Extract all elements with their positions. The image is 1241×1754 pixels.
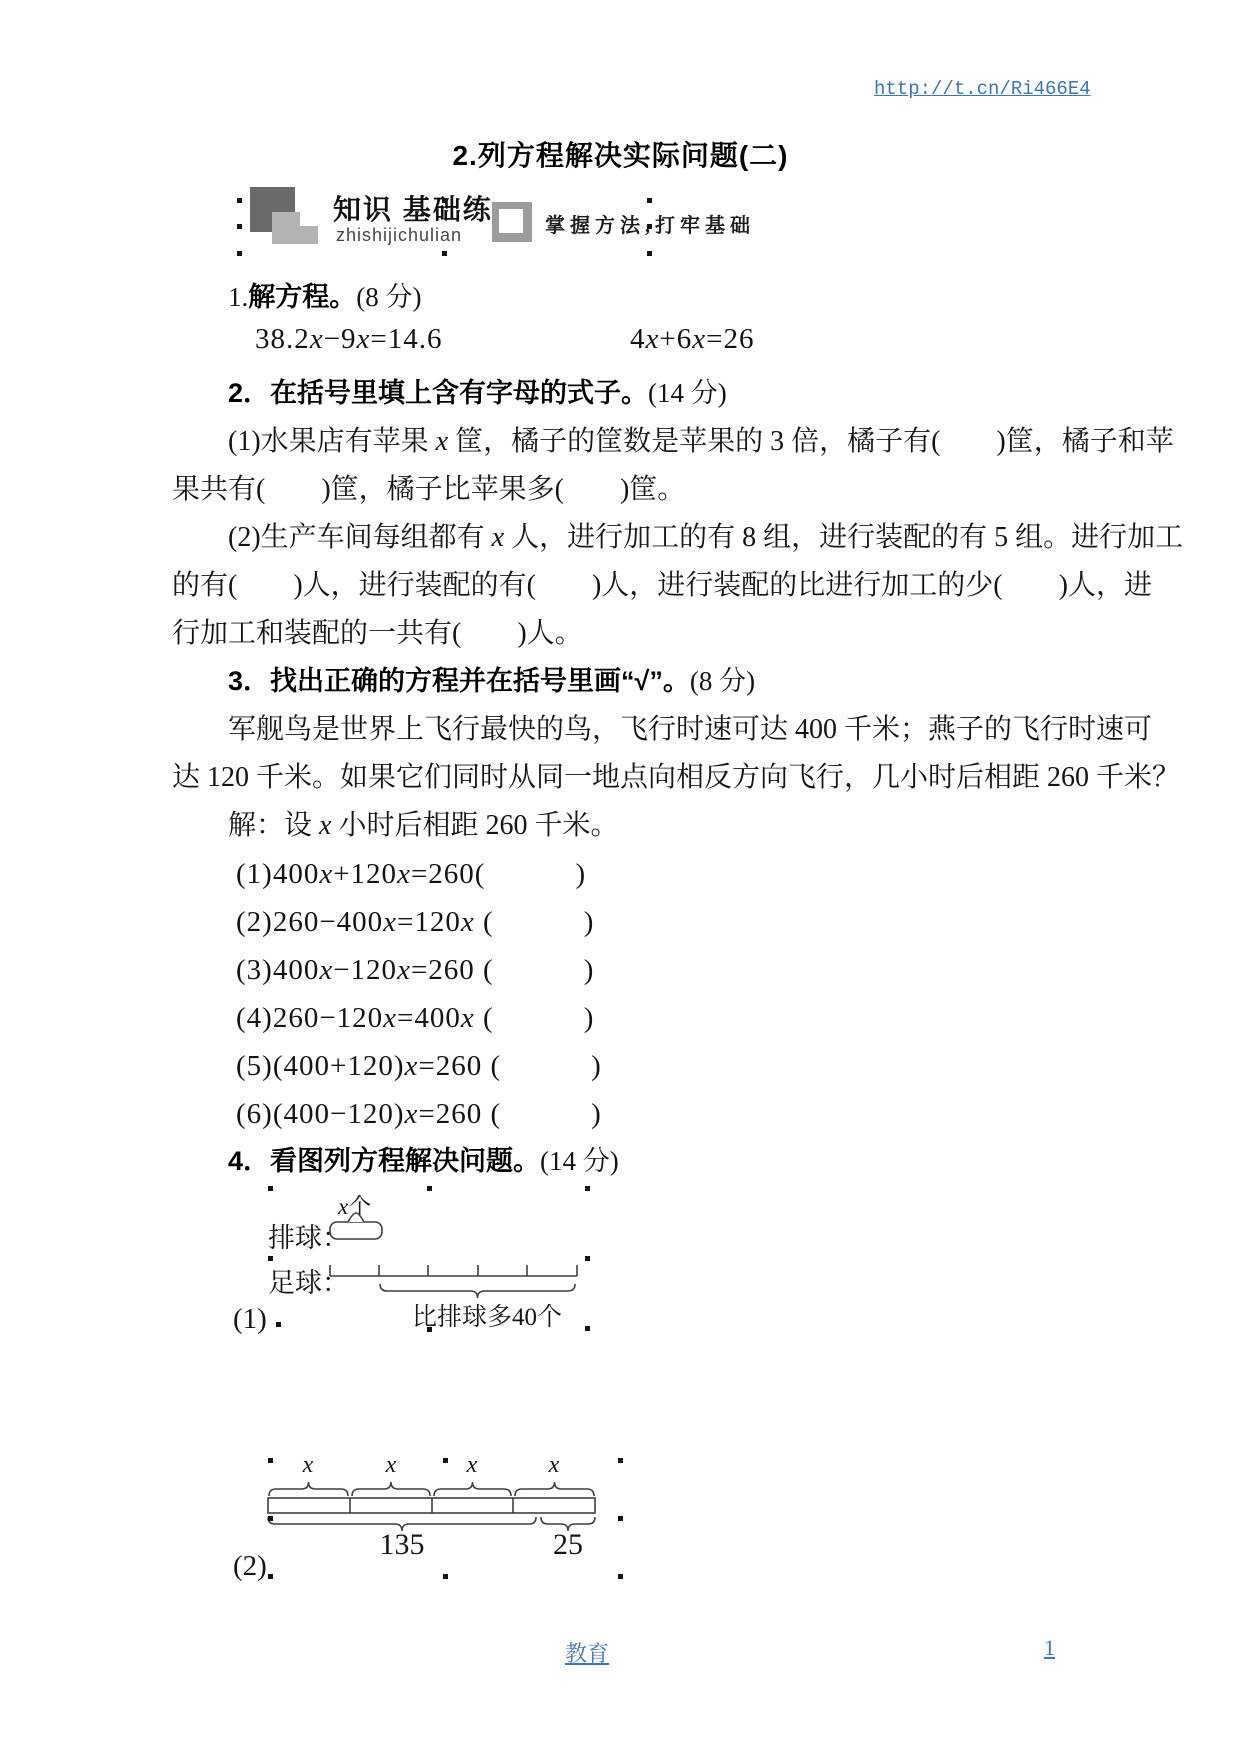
p3-body-1: 军舰鸟是世界上飞行最快的鸟，飞行时速可达 400 千米；燕子的飞行时速可 <box>228 707 1152 747</box>
p2-line-1: (1)水果店有苹果 x 筐，橘子的筐数是苹果的 3 倍，橘子有( )筐，橘子和苹 <box>228 419 1174 459</box>
brand-title: 知识 基础练 <box>333 188 493 228</box>
selection-handle[interactable] <box>427 1186 432 1191</box>
p3-option-2: (2)260−400x=120x ( ) <box>236 899 594 940</box>
selection-handle[interactable] <box>443 1458 448 1463</box>
selection-handle[interactable] <box>268 1186 273 1191</box>
method-badge-frame-icon <box>492 202 532 242</box>
bar-diagram-1 <box>240 1180 590 1315</box>
footer-site-link[interactable]: 教育 <box>565 1637 609 1668</box>
p2-line-3: (2)生产车间每组都有 x 人，进行加工的有 8 组，进行装配的有 5 组。进行… <box>228 515 1183 555</box>
problem-3-points: (8 分) <box>690 666 755 696</box>
volleyball-bar-notch <box>348 1213 364 1222</box>
selection-handle[interactable] <box>427 1327 432 1332</box>
problem-4-points: (14 分) <box>540 1146 619 1176</box>
selection-handle[interactable] <box>268 1574 273 1579</box>
equation-1: 38.2x−9x=14.6 <box>255 323 442 356</box>
brace-25 <box>541 1517 595 1531</box>
x-brace-3 <box>434 1482 511 1496</box>
selection-handle[interactable] <box>276 1322 281 1327</box>
problem-3-heading: 3．找出正确的方程并在括号里画“√”。(8 分) <box>228 659 755 698</box>
p3-option-5: (5)(400+120)x=260 ( ) <box>236 1043 602 1084</box>
problem-1-heading: 1.解方程。(8 分) <box>228 275 421 314</box>
more40-brace <box>380 1284 575 1298</box>
volleyball-bar <box>330 1222 382 1239</box>
x-brace-2 <box>352 1482 430 1496</box>
selection-handle[interactable] <box>442 198 447 203</box>
problem-2-points: (14 分) <box>648 378 727 408</box>
p3-solution-line: 解：设 x 小时后相距 260 千米。 <box>228 803 618 843</box>
selection-handle[interactable] <box>442 251 447 256</box>
selection-handle[interactable] <box>268 1516 273 1521</box>
problem-1-title: 解方程。 <box>248 282 356 312</box>
selection-handle[interactable] <box>443 1574 448 1579</box>
selection-handle[interactable] <box>268 1256 273 1261</box>
problem-1-number: 1. <box>228 282 248 312</box>
problem-1-points: (8 分) <box>356 282 421 312</box>
problem-4-title: 看图列方程解决问题。 <box>270 1146 540 1176</box>
brand-logo <box>250 186 320 246</box>
p3-option-6: (6)(400−120)x=260 ( ) <box>236 1091 602 1132</box>
selection-handle[interactable] <box>585 1186 590 1191</box>
p2-line-4: 的有( )人，进行装配的有( )人，进行装配的比进行加工的少( )人，进 <box>172 563 1152 603</box>
selection-handle[interactable] <box>268 1458 273 1463</box>
selection-handle[interactable] <box>618 1516 623 1521</box>
selection-handle[interactable] <box>618 1574 623 1579</box>
brace-135 <box>268 1517 536 1531</box>
football-ruler-line <box>330 1265 577 1276</box>
selection-handle[interactable] <box>618 1458 623 1463</box>
selection-handle[interactable] <box>647 224 652 229</box>
selection-handle[interactable] <box>585 1326 590 1331</box>
problem-2-title: 在括号里填上含有字母的式子。 <box>270 378 648 408</box>
problem-4-heading: 4．看图列方程解决问题。(14 分) <box>228 1139 619 1178</box>
bar-dividers <box>350 1498 513 1513</box>
p3-option-3: (3)400x−120x=260 ( ) <box>236 947 594 988</box>
p2-line-5: 行加工和装配的一共有( )人。 <box>172 611 583 651</box>
short-url-link[interactable]: http://t.cn/Ri466E4 <box>874 78 1091 100</box>
problem-3-title: 找出正确的方程并在括号里画“√”。 <box>270 666 690 696</box>
p2-line-2: 果共有( )筐，橘子比苹果多( )筐。 <box>172 467 685 507</box>
brand-pinyin: zhishijichulian <box>336 225 462 246</box>
equation-2: 4x+6x=26 <box>630 323 754 356</box>
selection-handle[interactable] <box>237 224 242 229</box>
problem-4-number: 4． <box>228 1146 270 1176</box>
selection-handle[interactable] <box>237 198 242 203</box>
p3-body-2: 达 120 千米。如果它们同时从同一地点向相反方向飞行，几小时后相距 260 千… <box>172 755 1180 795</box>
problem-2-heading: 2．在括号里填上含有字母的式子。(14 分) <box>228 371 727 410</box>
x-brace-4 <box>515 1482 594 1496</box>
selection-handle[interactable] <box>647 198 652 203</box>
problem-2-number: 2． <box>228 378 270 408</box>
selection-handle[interactable] <box>237 251 242 256</box>
worksheet-page: { "page": { "url": "http://t.cn/Ri466E4"… <box>0 0 1241 1754</box>
p3-option-1: (1)400x+120x=260( ) <box>236 851 586 892</box>
problem-3-number: 3． <box>228 666 270 696</box>
selection-handle[interactable] <box>647 251 652 256</box>
footer-page-number[interactable]: 1 <box>1044 1635 1055 1661</box>
selection-handle[interactable] <box>585 1256 590 1261</box>
x-brace-1 <box>269 1482 348 1496</box>
page-title: 2.列方程解决实际问题(二) <box>0 134 1241 174</box>
frame-icon-inner <box>499 209 523 233</box>
logo-light-shape <box>272 212 318 244</box>
p3-option-4: (4)260−120x=400x ( ) <box>236 995 594 1036</box>
bar-diagram-2 <box>240 1450 630 1575</box>
